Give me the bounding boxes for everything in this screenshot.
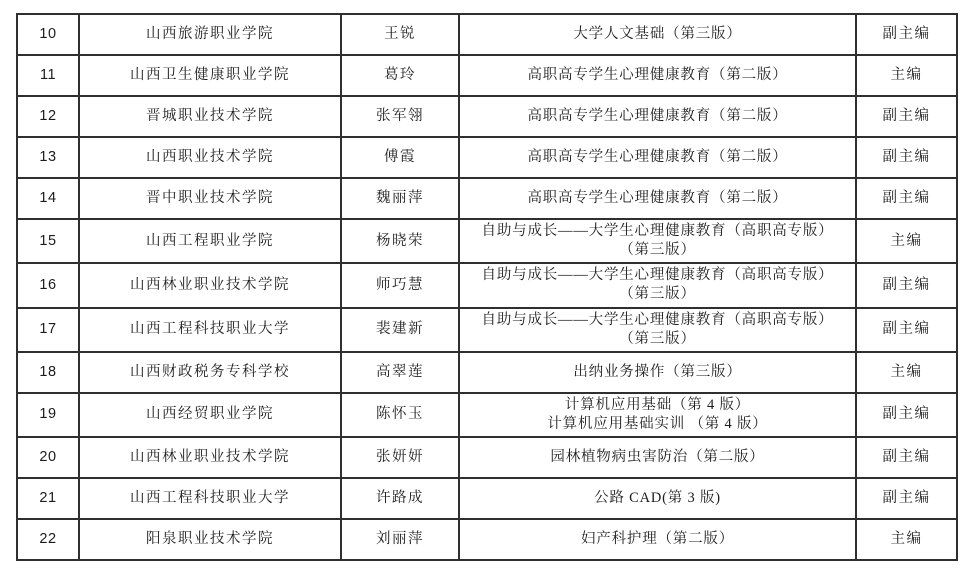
title-line: （第三版）	[464, 241, 851, 260]
cell-title: 大学人文基础（第三版）	[459, 14, 856, 55]
title-line: 自助与成长——大学生心理健康教育（高职高专版）	[464, 266, 851, 285]
table-row: 10 山西旅游职业学院 王锐 大学人文基础（第三版） 副主编	[17, 14, 957, 55]
cell-title: 自助与成长——大学生心理健康教育（高职高专版）（第三版）	[459, 263, 856, 307]
cell-number: 16	[17, 263, 79, 307]
table-row: 20 山西林业职业技术学院 张妍妍 园林植物病虫害防治（第二版） 副主编	[17, 437, 957, 478]
cell-name: 魏丽萍	[341, 178, 459, 219]
title-line: 自助与成长——大学生心理健康教育（高职高专版）	[464, 311, 851, 330]
cell-title: 高职高专学生心理健康教育（第二版）	[459, 178, 856, 219]
cell-title: 高职高专学生心理健康教育（第二版）	[459, 96, 856, 137]
table-row: 14 晋中职业技术学院 魏丽萍 高职高专学生心理健康教育（第二版） 副主编	[17, 178, 957, 219]
cell-institution: 山西职业技术学院	[79, 137, 341, 178]
cell-number: 22	[17, 519, 79, 560]
cell-institution: 山西财政税务专科学校	[79, 352, 341, 393]
cell-name: 裴建新	[341, 308, 459, 352]
title-line: 高职高专学生心理健康教育（第二版）	[464, 66, 851, 85]
cell-number: 19	[17, 393, 79, 437]
cell-number: 14	[17, 178, 79, 219]
table-row: 11 山西卫生健康职业学院 葛玲 高职高专学生心理健康教育（第二版） 主编	[17, 55, 957, 96]
cell-role: 主编	[856, 519, 957, 560]
title-line: （第三版）	[464, 330, 851, 349]
cell-title: 自助与成长——大学生心理健康教育（高职高专版）（第三版）	[459, 219, 856, 263]
cell-institution: 山西经贸职业学院	[79, 393, 341, 437]
cell-role: 副主编	[856, 437, 957, 478]
title-line: （第三版）	[464, 285, 851, 304]
table-body: 10 山西旅游职业学院 王锐 大学人文基础（第三版） 副主编 11 山西卫生健康…	[17, 14, 957, 560]
cell-title: 出纳业务操作（第三版）	[459, 352, 856, 393]
cell-role: 副主编	[856, 137, 957, 178]
table-row: 12 晋城职业技术学院 张军翎 高职高专学生心理健康教育（第二版） 副主编	[17, 96, 957, 137]
title-line: 大学人文基础（第三版）	[464, 25, 851, 44]
cell-number: 13	[17, 137, 79, 178]
cell-number: 10	[17, 14, 79, 55]
title-line: 计算机应用基础（第 4 版）	[464, 396, 851, 415]
table-row: 16 山西林业职业技术学院 师巧慧 自助与成长——大学生心理健康教育（高职高专版…	[17, 263, 957, 307]
cell-number: 15	[17, 219, 79, 263]
table-row: 22 阳泉职业技术学院 刘丽萍 妇产科护理（第二版） 主编	[17, 519, 957, 560]
cell-name: 高翠莲	[341, 352, 459, 393]
cell-name: 傅霞	[341, 137, 459, 178]
title-line: 园林植物病虫害防治（第二版）	[464, 448, 851, 467]
editor-roster-table: 10 山西旅游职业学院 王锐 大学人文基础（第三版） 副主编 11 山西卫生健康…	[16, 13, 958, 561]
title-line: 高职高专学生心理健康教育（第二版）	[464, 107, 851, 126]
cell-institution: 晋中职业技术学院	[79, 178, 341, 219]
cell-name: 葛玲	[341, 55, 459, 96]
cell-number: 18	[17, 352, 79, 393]
cell-number: 12	[17, 96, 79, 137]
cell-institution: 山西工程科技职业大学	[79, 308, 341, 352]
cell-name: 张军翎	[341, 96, 459, 137]
cell-number: 17	[17, 308, 79, 352]
cell-institution: 山西卫生健康职业学院	[79, 55, 341, 96]
cell-name: 王锐	[341, 14, 459, 55]
cell-name: 陈怀玉	[341, 393, 459, 437]
cell-institution: 晋城职业技术学院	[79, 96, 341, 137]
cell-role: 副主编	[856, 308, 957, 352]
title-line: 出纳业务操作（第三版）	[464, 363, 851, 382]
cell-role: 副主编	[856, 14, 957, 55]
cell-role: 副主编	[856, 393, 957, 437]
title-line: 自助与成长——大学生心理健康教育（高职高专版）	[464, 222, 851, 241]
cell-number: 21	[17, 478, 79, 519]
cell-title: 高职高专学生心理健康教育（第二版）	[459, 55, 856, 96]
cell-role: 主编	[856, 352, 957, 393]
title-line: 高职高专学生心理健康教育（第二版）	[464, 148, 851, 167]
document-page: 10 山西旅游职业学院 王锐 大学人文基础（第三版） 副主编 11 山西卫生健康…	[0, 0, 966, 582]
cell-number: 11	[17, 55, 79, 96]
cell-title: 自助与成长——大学生心理健康教育（高职高专版）（第三版）	[459, 308, 856, 352]
cell-name: 杨晓荣	[341, 219, 459, 263]
title-line: 公路 CAD(第 3 版)	[464, 489, 851, 508]
title-line: 妇产科护理（第二版）	[464, 530, 851, 549]
cell-title: 妇产科护理（第二版）	[459, 519, 856, 560]
cell-institution: 山西林业职业技术学院	[79, 437, 341, 478]
cell-name: 许路成	[341, 478, 459, 519]
cell-title: 园林植物病虫害防治（第二版）	[459, 437, 856, 478]
cell-name: 师巧慧	[341, 263, 459, 307]
title-line: 高职高专学生心理健康教育（第二版）	[464, 189, 851, 208]
table-row: 17 山西工程科技职业大学 裴建新 自助与成长——大学生心理健康教育（高职高专版…	[17, 308, 957, 352]
cell-role: 主编	[856, 219, 957, 263]
cell-role: 主编	[856, 55, 957, 96]
cell-institution: 山西旅游职业学院	[79, 14, 341, 55]
cell-role: 副主编	[856, 96, 957, 137]
cell-name: 张妍妍	[341, 437, 459, 478]
table-row: 19 山西经贸职业学院 陈怀玉 计算机应用基础（第 4 版）计算机应用基础实训 …	[17, 393, 957, 437]
title-line: 计算机应用基础实训 （第 4 版）	[464, 415, 851, 434]
cell-role: 副主编	[856, 178, 957, 219]
cell-number: 20	[17, 437, 79, 478]
cell-role: 副主编	[856, 478, 957, 519]
table-row: 13 山西职业技术学院 傅霞 高职高专学生心理健康教育（第二版） 副主编	[17, 137, 957, 178]
cell-title: 公路 CAD(第 3 版)	[459, 478, 856, 519]
cell-name: 刘丽萍	[341, 519, 459, 560]
cell-title: 高职高专学生心理健康教育（第二版）	[459, 137, 856, 178]
cell-title: 计算机应用基础（第 4 版）计算机应用基础实训 （第 4 版）	[459, 393, 856, 437]
table-row: 21 山西工程科技职业大学 许路成 公路 CAD(第 3 版) 副主编	[17, 478, 957, 519]
table-row: 15 山西工程职业学院 杨晓荣 自助与成长——大学生心理健康教育（高职高专版）（…	[17, 219, 957, 263]
cell-institution: 山西林业职业技术学院	[79, 263, 341, 307]
cell-role: 副主编	[856, 263, 957, 307]
cell-institution: 阳泉职业技术学院	[79, 519, 341, 560]
cell-institution: 山西工程科技职业大学	[79, 478, 341, 519]
table-row: 18 山西财政税务专科学校 高翠莲 出纳业务操作（第三版） 主编	[17, 352, 957, 393]
cell-institution: 山西工程职业学院	[79, 219, 341, 263]
